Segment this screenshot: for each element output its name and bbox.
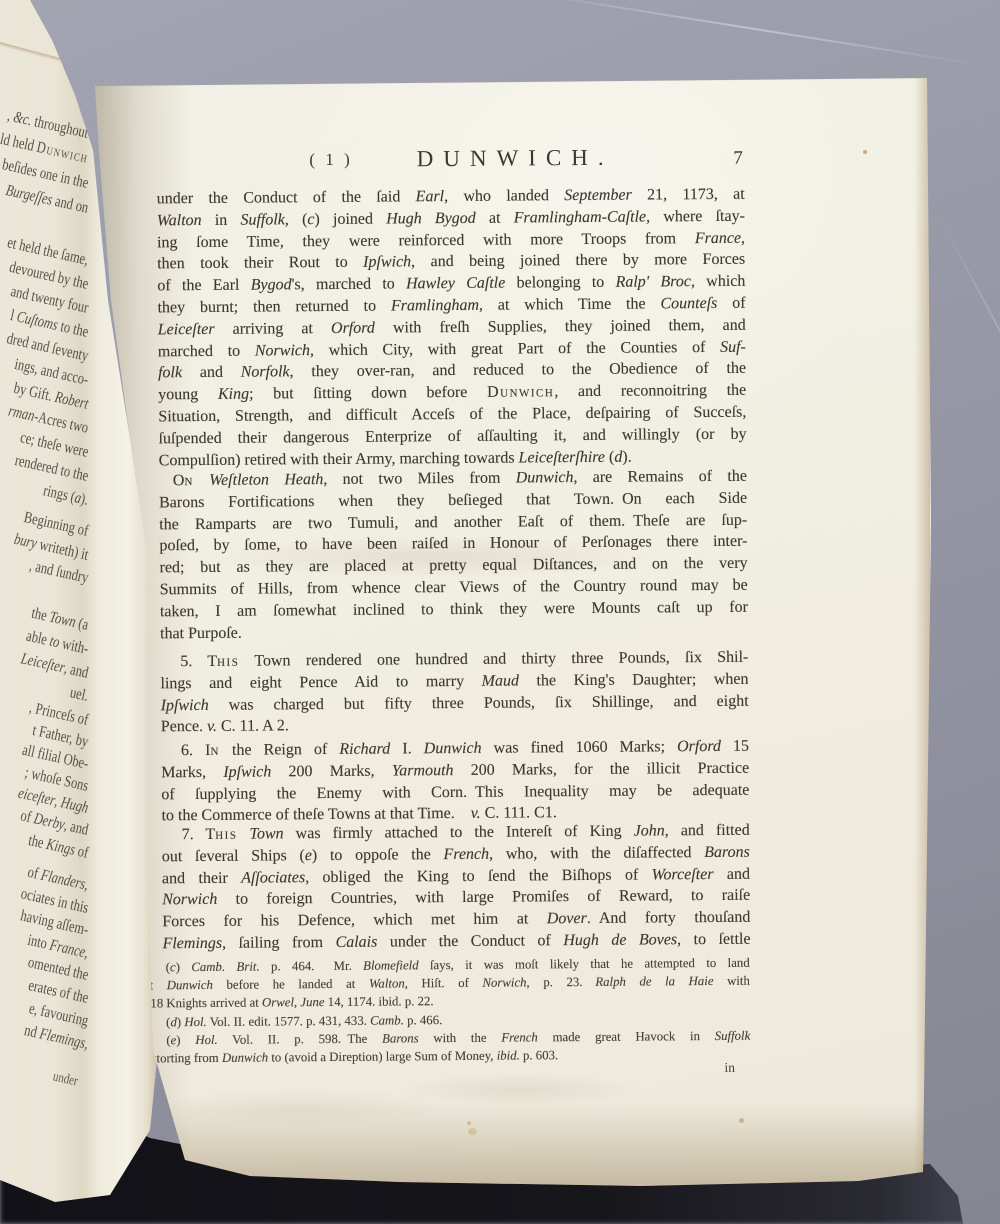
paragraph: 6. In the Reign of Richard I. Dunwich wa… [161, 736, 750, 828]
text-line: Pence. v. C. 11. A 2. [161, 712, 749, 738]
text-line: extorting from Dunwich to (avoid a Direp… [144, 1045, 750, 1068]
left-page-text: , &c. throughoutld held Dunwichbeſides o… [0, 0, 88, 1224]
paragraph: 7. This Town was firmly attached to the … [162, 820, 751, 955]
surface-scratch [523, 0, 988, 67]
footnote: (c) Camb. Brit. p. 464. Mr. Blomefield ſ… [144, 954, 750, 1013]
surface-scratch [938, 216, 1000, 447]
book-photo: , &c. throughoutld held Dunwichbeſides o… [0, 0, 1000, 1224]
paragraph: under the Conduct of the ſaid Earl, who … [157, 184, 747, 472]
page-header: ( 1 )DUNWICH. [309, 145, 613, 173]
footnote: (e) Hol. Vol. II. p. 598. The Barons wit… [144, 1027, 750, 1068]
page-number: 7 [733, 148, 743, 170]
catchword: in [724, 1060, 735, 1076]
section-mark: ( 1 ) [309, 150, 352, 169]
paragraph: 5. This Town rendered one hundred and th… [160, 647, 749, 739]
text-line: taken, I am ſomewhat inclined to think t… [160, 596, 748, 622]
text-line: Flemings, ſailing from Calais under the … [162, 929, 750, 955]
page-title: DUNWICH. [417, 145, 614, 172]
text-line: ſuſpended their dangerous Enterprize of … [158, 423, 746, 449]
text-line: that Purpoſe. [160, 618, 748, 644]
paragraph: On Weſtleton Heath, not two Miles from D… [159, 466, 748, 645]
